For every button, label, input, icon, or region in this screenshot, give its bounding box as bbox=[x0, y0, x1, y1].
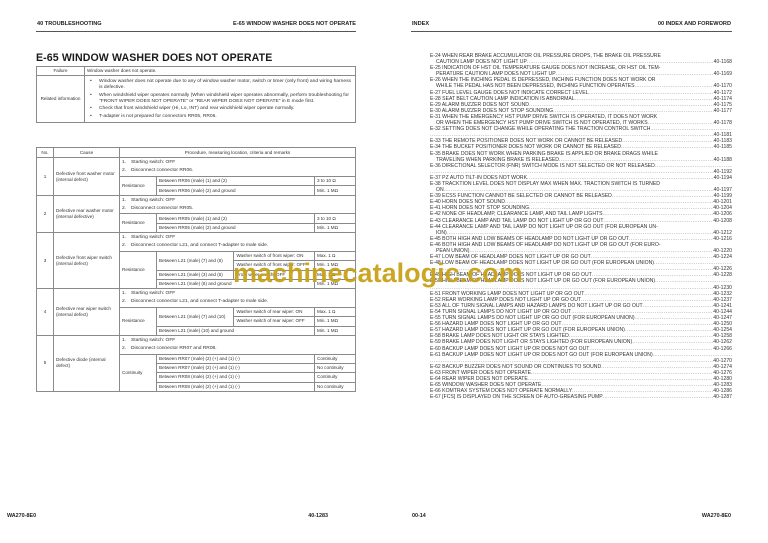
index-list: E-24 WHEN REAR BRAKE ACCUMULATOR OIL PRE… bbox=[430, 53, 732, 400]
index-entry: E-26 WHEN THE INCHING PEDAL IS DEPRESSED… bbox=[430, 77, 732, 89]
row-steps: 1.Starting switch: OFF2.Disconnect conne… bbox=[120, 195, 356, 214]
index-entry: E-35 BRAKE DOES NOT WORK WHEN PARKING BR… bbox=[430, 151, 732, 163]
check-condition: Washer switch of rear wiper: ON bbox=[234, 307, 315, 316]
watermark: machinecatalogic.com bbox=[233, 258, 523, 289]
procedure-step: 1.Starting switch: OFF bbox=[122, 197, 353, 205]
step-text: Starting switch: OFF bbox=[131, 337, 175, 345]
procedure-row: 2Defective rear washer motor (internal d… bbox=[37, 195, 356, 214]
measure-kind: Resistance bbox=[120, 307, 157, 335]
procedure-row: 3Defective front wiper switch (internal … bbox=[37, 233, 356, 252]
step-number: 2. bbox=[122, 242, 131, 250]
procedure-step: 2.Disconnect connector L21, and connect … bbox=[122, 298, 353, 306]
check-location: Between RR07 (male) (2) (+) and (1) (-) bbox=[157, 363, 315, 372]
procedure-step: 2.Disconnect connector RR07 and RR08. bbox=[122, 345, 353, 353]
footer-page-number: 40-1283 bbox=[308, 513, 328, 519]
measure-kind: Resistance bbox=[120, 214, 157, 233]
check-location: Between RR08 (male) (2) (+) and (1) (-) bbox=[157, 373, 315, 382]
step-number: 2. bbox=[122, 205, 131, 213]
step-text: Disconnect connector L21, and connect T-… bbox=[131, 298, 268, 306]
running-header-title: 00 INDEX AND FOREWORD bbox=[658, 21, 731, 27]
header-no: No. bbox=[37, 148, 54, 158]
index-entry: E-36 DIRECTIONAL SELECTOR (FNR) SWITCH M… bbox=[430, 163, 732, 175]
row-cause: Defective front wiper switch (internal d… bbox=[54, 233, 120, 289]
row-steps: 1.Starting switch: OFF2.Disconnect conne… bbox=[120, 289, 356, 308]
procedure-step: 1.Starting switch: OFF bbox=[122, 234, 353, 242]
step-number: 2. bbox=[122, 167, 131, 175]
row-cause: Defective front washer motor (internal d… bbox=[54, 158, 120, 195]
index-page-ref: 40-1287 bbox=[713, 394, 732, 400]
index-entry: E-67 [FCS] IS DISPLAYED ON THE SCREEN OF… bbox=[430, 394, 732, 400]
index-entry-title: E-67 [FCS] IS DISPLAYED ON THE SCREEN OF… bbox=[430, 394, 603, 400]
index-entry: E-31 WHEN THE EMERGENCY HST PUMP DRIVE S… bbox=[430, 114, 732, 126]
check-value: 3 to 10 Ω bbox=[315, 177, 356, 186]
page-title: E-65 WINDOW WASHER DOES NOT OPERATE bbox=[36, 52, 272, 64]
check-value: Min. 1 MΩ bbox=[315, 186, 356, 195]
index-entry: E-46 BOTH HIGH AND LOW BEAMS OF HEADLAMP… bbox=[430, 242, 732, 254]
procedure-step: 2.Disconnect connector RR05. bbox=[122, 205, 353, 213]
measure-kind: Resistance bbox=[120, 177, 157, 196]
related-info-label: Related information bbox=[37, 76, 85, 123]
step-text: Disconnect connector RR05. bbox=[131, 205, 193, 213]
running-header-title: E-65 WINDOW WASHER DOES NOT OPERATE bbox=[233, 21, 356, 27]
failure-label: Failure bbox=[37, 67, 85, 76]
step-number: 1. bbox=[122, 197, 131, 205]
running-header-section: 40 TROUBLESHOOTING bbox=[37, 21, 102, 27]
related-info-list: Window washer does not operate due to an… bbox=[87, 79, 353, 120]
check-location: Between RR07 (male) (2) (+) and (1) (-) bbox=[157, 354, 315, 363]
step-number: 1. bbox=[122, 234, 131, 242]
check-location: Between RR06 (male) (2) and ground bbox=[157, 186, 315, 195]
index-entry-line: E-67 [FCS] IS DISPLAYED ON THE SCREEN OF… bbox=[430, 394, 732, 400]
check-value: 3 to 10 Ω bbox=[315, 214, 356, 223]
check-location: Between RR05 (male) (2) and ground bbox=[157, 223, 315, 232]
measure-kind: Continuity bbox=[120, 354, 157, 391]
check-value: Min. 1 MΩ bbox=[315, 326, 356, 335]
step-text: Starting switch: OFF bbox=[131, 234, 175, 242]
index-entry: E-32 SETTING DOES NOT CHANGE WHILE OPERA… bbox=[430, 126, 732, 138]
check-condition: Washer switch of rear wiper: OFF bbox=[234, 317, 315, 326]
step-text: Disconnect connector RR07 and RR08. bbox=[131, 345, 217, 353]
related-info-cell: Window washer does not operate due to an… bbox=[85, 76, 356, 123]
check-value: Max. 1 Ω bbox=[315, 307, 356, 316]
footer-model: WA270-8E0 bbox=[7, 513, 36, 519]
related-info-item: When windshield wiper operates normally … bbox=[87, 93, 353, 105]
measure-kind: Resistance bbox=[120, 251, 157, 288]
check-value: No continuity bbox=[315, 363, 356, 372]
check-value: Min. 1 MΩ bbox=[315, 223, 356, 232]
check-value: No continuity bbox=[315, 382, 356, 391]
related-info-item: T-adapter is not prepared for connectors… bbox=[87, 114, 353, 120]
step-text: Disconnect connector RR06. bbox=[131, 167, 193, 175]
failure-info-table: Failure Window washer does not operate. … bbox=[36, 66, 356, 123]
row-number: 5 bbox=[37, 335, 54, 391]
header-cause: Cause bbox=[54, 148, 120, 158]
check-location: Between L21 (male) (7) and (6) bbox=[157, 251, 234, 270]
row-cause: Defective diode (internal defect) bbox=[54, 335, 120, 391]
step-number: 2. bbox=[122, 345, 131, 353]
procedure-step: 1.Starting switch: OFF bbox=[122, 159, 353, 167]
row-steps: 1.Starting switch: OFF2.Disconnect conne… bbox=[120, 233, 356, 252]
related-info-item: Window washer does not operate due to an… bbox=[87, 79, 353, 91]
index-entry: E-25 INDICATION OF HST OIL TEMPERATURE G… bbox=[430, 65, 732, 77]
failure-row: Failure Window washer does not operate. bbox=[37, 67, 356, 76]
index-entry: E-44 CLEARANCE LAMP AND TAIL LAMP DO NOT… bbox=[430, 224, 732, 236]
procedure-row: 1Defective front washer motor (internal … bbox=[37, 158, 356, 177]
step-number: 1. bbox=[122, 159, 131, 167]
header-rule bbox=[411, 31, 732, 32]
row-cause: Defective rear washer motor (internal de… bbox=[54, 195, 120, 232]
step-text: Starting switch: OFF bbox=[131, 197, 175, 205]
check-location: Between L21 (male) (10) and ground bbox=[157, 326, 315, 335]
row-number: 1 bbox=[37, 158, 54, 195]
check-location: Between L21 (male) (3) and (5) bbox=[157, 270, 234, 279]
check-location: Between L21 (male) (7) and (10) bbox=[157, 307, 234, 326]
related-info-row: Related information Window washer does n… bbox=[37, 76, 356, 123]
check-value: Min. 1 MΩ bbox=[315, 317, 356, 326]
check-value: Continuity bbox=[315, 373, 356, 382]
step-text: Starting switch: OFF bbox=[131, 290, 175, 298]
row-steps: 1.Starting switch: OFF2.Disconnect conne… bbox=[120, 158, 356, 177]
index-entry: E-61 BACKUP LAMP DOES NOT LIGHT UP OR DO… bbox=[430, 352, 732, 364]
index-entry: E-24 WHEN REAR BRAKE ACCUMULATOR OIL PRE… bbox=[430, 53, 732, 65]
running-header-section: INDEX bbox=[412, 21, 429, 27]
check-location: Between RR05 (male) (1) and (2) bbox=[157, 214, 315, 223]
step-number: 1. bbox=[122, 337, 131, 345]
procedure-step: 2.Disconnect connector RR06. bbox=[122, 167, 353, 175]
index-entry: E-38 TRACKTION LEVEL DOES NOT DISPLAY MA… bbox=[430, 181, 732, 193]
procedure-step: 2.Disconnect connector L21, and connect … bbox=[122, 242, 353, 250]
procedure-step: 1.Starting switch: OFF bbox=[122, 290, 353, 298]
leader-dots bbox=[603, 394, 714, 400]
footer-page-number: 00-14 bbox=[412, 513, 426, 519]
step-text: Disconnect connector L21, and connect T-… bbox=[131, 242, 268, 250]
row-number: 2 bbox=[37, 195, 54, 232]
row-number: 4 bbox=[37, 289, 54, 336]
row-number: 3 bbox=[37, 233, 54, 289]
step-number: 2. bbox=[122, 298, 131, 306]
row-steps: 1.Starting switch: OFF2.Disconnect conne… bbox=[120, 335, 356, 354]
header-procedure: Procedure, measuring location, criteria … bbox=[120, 148, 356, 158]
row-cause: Defective rear wiper switch (internal de… bbox=[54, 289, 120, 336]
step-number: 1. bbox=[122, 290, 131, 298]
check-location: Between RR08 (male) (2) (+) and (1) (-) bbox=[157, 382, 315, 391]
procedure-row: 4Defective rear wiper switch (internal d… bbox=[37, 289, 356, 308]
procedure-table-header: No. Cause Procedure, measuring location,… bbox=[37, 148, 356, 158]
step-text: Starting switch: OFF bbox=[131, 159, 175, 167]
related-info-item: Check that front windshield wiper (Hi, L… bbox=[87, 106, 353, 112]
procedure-row: 5Defective diode (internal defect)1.Star… bbox=[37, 335, 356, 354]
header-rule bbox=[36, 31, 356, 32]
failure-text: Window washer does not operate. bbox=[85, 67, 356, 76]
footer-model: WA270-8E0 bbox=[702, 513, 731, 519]
procedure-step: 1.Starting switch: OFF bbox=[122, 337, 353, 345]
check-location: Between RR06 (male) (1) and (2) bbox=[157, 177, 315, 186]
check-value: Continuity bbox=[315, 354, 356, 363]
